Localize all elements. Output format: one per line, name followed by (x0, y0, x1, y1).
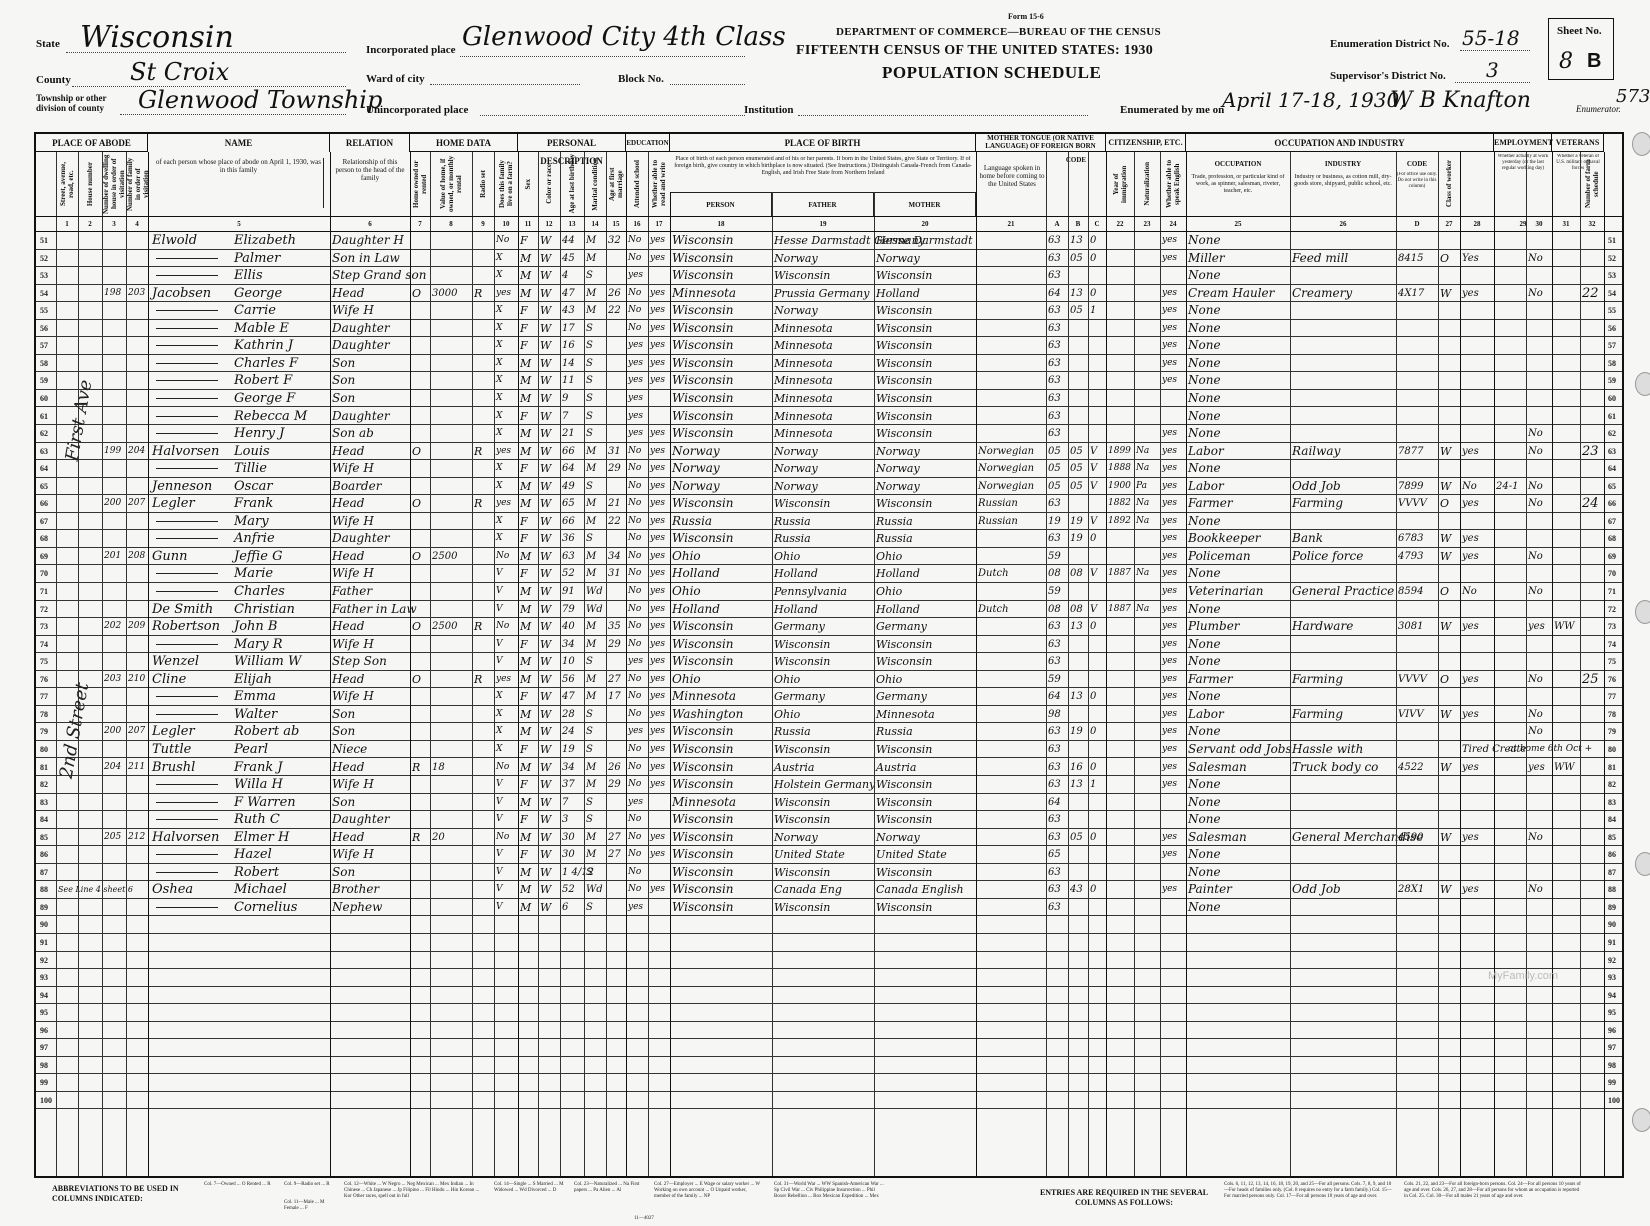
speaks-english-cell: yes (1162, 495, 1177, 512)
race-cell: W (540, 302, 551, 319)
column-divider (670, 192, 671, 1176)
column-divider (1580, 152, 1581, 1176)
table-row: 5454198203JacobsenGeorgeHeadO3000RyesMW4… (36, 285, 1622, 303)
code-b-cell: 05 (1070, 460, 1083, 477)
line-number-right: 73 (1608, 622, 1616, 631)
sex-cell: F (520, 846, 528, 863)
vertical-header-c24: Whether able to speak English (1160, 154, 1186, 214)
race-cell: W (540, 846, 551, 863)
birthplace-person-cell: Minnesota (672, 285, 736, 302)
marital-cell: M (586, 846, 596, 863)
column-number: 17 (648, 220, 670, 228)
given-name-cell: Mable E (234, 320, 289, 337)
naturalization-cell: Na (1136, 513, 1149, 530)
line-number-right: 95 (1608, 1008, 1616, 1017)
class-of-worker-cell: O (1440, 671, 1449, 688)
sheet-label: Sheet No. (1557, 25, 1602, 37)
occupation-cell: None (1188, 636, 1221, 653)
code-a-cell: 05 (1048, 478, 1061, 495)
column-divider (330, 152, 331, 1176)
code-c-cell: V (1090, 601, 1097, 618)
birthplace-person-cell: Wisconsin (672, 759, 734, 776)
sex-cell: M (520, 759, 531, 776)
incorporated-value: Glenwood City 4th Class (462, 22, 786, 52)
relation-cell: Son (332, 864, 355, 881)
column-number: 13 (560, 220, 584, 228)
age-first-marriage-cell: 17 (608, 688, 621, 705)
war-cell: WW (1554, 618, 1575, 635)
age-cell: 3 (562, 811, 568, 828)
birthplace-father-cell: Wisconsin (774, 811, 830, 828)
code-c-cell: 0 (1090, 881, 1096, 898)
enumerator-name: W B Knafton (1390, 88, 1531, 113)
dwelling-number-cell: 203 (104, 671, 121, 688)
table-row: 9696 (36, 1022, 1622, 1040)
occupation-cell: Veterinarian (1188, 583, 1264, 600)
farm-cell: V (496, 583, 503, 600)
race-cell: W (540, 548, 551, 565)
occupation-cell: None (1188, 513, 1221, 530)
marital-cell: S (586, 794, 593, 811)
age-first-marriage-cell: 34 (608, 548, 621, 565)
table-row: 8686HazelWife HVFW30M27NoyesWisconsinUni… (36, 846, 1622, 864)
punch-hole (1635, 372, 1650, 396)
group-place-of-birth: PLACE OF BIRTH (670, 134, 976, 152)
line-number: 72 (40, 605, 48, 614)
at-work-cell: No (1462, 583, 1477, 600)
home-value-cell: 20 (432, 829, 445, 846)
marital-cell: S (586, 355, 593, 372)
given-name-cell: Henry J (234, 425, 284, 442)
sex-cell: M (520, 443, 531, 460)
vertical-header-c1: Street, avenue, road, etc. (56, 154, 78, 214)
line-number: 76 (40, 675, 48, 684)
sex-cell: M (520, 618, 531, 635)
table-row: 7373202209RobertsonJohn BHeadO2500RNoMW4… (36, 618, 1622, 636)
race-cell: W (540, 372, 551, 389)
birthplace-person-cell: Ohio (672, 671, 701, 688)
birthplace-father-cell: Ohio (774, 706, 800, 723)
relation-cell: Son (332, 706, 355, 723)
punch-hole (1632, 132, 1650, 156)
birthplace-mother-cell: Holland (876, 565, 920, 582)
vertical-header-c22: Year of immigration (1106, 154, 1134, 214)
enumerated-label: Enumerated by me on (1120, 104, 1224, 116)
immigration-year-cell: 1882 (1108, 495, 1131, 512)
race-cell: W (540, 232, 551, 249)
table-row: 6161Rebecca MDaughterXFW7SyesWisconsinMi… (36, 408, 1622, 426)
birthplace-father-cell: Holland (774, 565, 818, 582)
farm-cell: X (496, 478, 502, 495)
surname-cell: Wenzel (152, 653, 199, 670)
age-first-marriage-cell: 31 (608, 565, 621, 582)
occupation-cell: Bookkeeper (1188, 530, 1261, 547)
birthplace-mother-cell: Germany (876, 688, 927, 705)
sex-cell: M (520, 653, 531, 670)
vertical-header-text: Sex (524, 179, 532, 190)
line-number-right: 64 (1608, 464, 1616, 473)
read-write-cell: yes (650, 688, 665, 705)
column-divider (1604, 152, 1605, 1176)
birthplace-person-cell: Wisconsin (672, 811, 734, 828)
line-number-right: 92 (1608, 956, 1616, 965)
given-name-cell: Hazel (234, 846, 272, 863)
surname-cell: Robertson (152, 618, 220, 635)
sex-cell: F (520, 337, 528, 354)
relation-cell: Step Grand son (332, 267, 426, 284)
line-number: 74 (40, 640, 48, 649)
veteran-cell: No (1528, 723, 1543, 740)
speaks-english-cell: yes (1162, 285, 1177, 302)
dwelling-number-cell: 201 (104, 548, 121, 565)
street-cell: See Line 4 sheet 6 (58, 881, 133, 898)
birthplace-father-cell: Norway (774, 829, 818, 846)
birthplace-mother-cell: Austria (876, 759, 916, 776)
farm-schedule-cell: 22 (1582, 285, 1599, 302)
immigration-year-cell: 1888 (1108, 460, 1131, 477)
at-work-cell: yes (1462, 671, 1479, 688)
birthplace-mother-cell: Wisconsin (876, 337, 932, 354)
code-b-cell: 19 (1070, 723, 1083, 740)
at-work-cell: yes (1462, 530, 1479, 547)
line-number-right: 85 (1608, 833, 1616, 842)
line-number: 69 (40, 552, 48, 561)
table-row: 9090 (36, 916, 1622, 934)
vertical-header-c2: House number (78, 154, 102, 214)
column-divider (494, 152, 495, 1176)
line-number-right: 78 (1608, 710, 1616, 719)
group-mother-tongue: MOTHER TONGUE (OR NATIVE LANGUAGE) OF FO… (976, 134, 1106, 152)
marital-cell: S (586, 337, 593, 354)
given-name-cell: Rebecca M (234, 408, 307, 425)
relation-cell: Head (332, 548, 364, 565)
speaks-english-cell: yes (1162, 846, 1177, 863)
read-write-cell: yes (650, 372, 665, 389)
birthplace-father-cell: Canada Eng (774, 881, 842, 898)
age-cell: 24 (562, 723, 575, 740)
birthplace-father-cell: Minnesota (774, 337, 833, 354)
class-of-worker-cell: W (1440, 478, 1451, 495)
code-a-cell: 63 (1048, 250, 1061, 267)
birthplace-person-cell: Wisconsin (672, 829, 734, 846)
age-cell: 64 (562, 460, 575, 477)
birthplace-person-cell: Wisconsin (672, 355, 734, 372)
given-name-cell: Elizabeth (234, 232, 296, 249)
abbrev-col31: Col. 31—World War ... WW Spanish-America… (774, 1182, 884, 1200)
age-cell: 14 (562, 355, 575, 372)
relation-cell: Wife H (332, 776, 374, 793)
read-write-cell: yes (650, 460, 665, 477)
marital-cell: M (586, 302, 596, 319)
vertical-header-c15: Age at first marriage (606, 154, 626, 214)
line-number: 59 (40, 376, 48, 385)
speaks-english-cell: yes (1162, 881, 1177, 898)
line-number: 56 (40, 324, 48, 333)
birthplace-mother-cell: Wisconsin (876, 864, 932, 881)
given-name-cell: Ellis (234, 267, 263, 284)
line-number-right: 91 (1608, 938, 1616, 947)
speaks-english-cell: yes (1162, 636, 1177, 653)
occupation-code-cell: VVVV (1398, 495, 1427, 512)
radio-cell: R (474, 495, 482, 512)
column-divider (1088, 152, 1089, 1176)
speaks-english-cell: yes (1162, 583, 1177, 600)
table-row: 6060George FSonXMW9SyesWisconsinMinnesot… (36, 390, 1622, 408)
line-number-right: 89 (1608, 903, 1616, 912)
farm-cell: X (496, 355, 502, 372)
given-name-cell: Ruth C (234, 811, 280, 828)
code-c-cell: 0 (1090, 285, 1096, 302)
marital-cell: S (586, 653, 593, 670)
column-number: 24 (1160, 220, 1186, 228)
farm-cell: X (496, 723, 502, 740)
birthplace-father-cell: Norway (774, 460, 818, 477)
occupation-cell: None (1188, 846, 1221, 863)
naturalization-cell: Na (1136, 460, 1149, 477)
birthplace-father-cell: Minnesota (774, 390, 833, 407)
sex-cell: M (520, 425, 531, 442)
age-cell: 37 (562, 776, 575, 793)
birthplace-mother-cell: Wisconsin (876, 372, 932, 389)
read-write-cell: yes (650, 881, 665, 898)
industry-cell: Farming (1292, 495, 1343, 512)
table-row: 6969201208GunnJeffie GHeadO2500NoMW63M34… (36, 548, 1622, 566)
birthplace-father-cell: Russia (774, 530, 811, 547)
industry-cell: Odd Job (1292, 478, 1341, 495)
owned-rented-cell: R (412, 829, 420, 846)
race-cell: W (540, 337, 551, 354)
relation-cell: Wife H (332, 636, 374, 653)
ditto-dash (156, 802, 218, 803)
age-cell: 66 (562, 443, 575, 460)
vertical-header-c14: Marital condition (584, 154, 606, 214)
code-a-cell: 63 (1048, 864, 1061, 881)
line-number: 99 (40, 1078, 48, 1087)
dwelling-number-cell: 198 (104, 285, 121, 302)
veteran-cell: yes (1528, 759, 1545, 776)
line-number: 92 (40, 956, 48, 965)
race-cell: W (540, 530, 551, 547)
table-row: 8282Willa HWife HVFW37M29NoyesWisconsinH… (36, 776, 1622, 794)
column-divider (518, 152, 519, 1176)
code-c-cell: 1 (1090, 776, 1096, 793)
birthplace-person-cell: Holland (672, 565, 720, 582)
surname-cell: Cline (152, 671, 186, 688)
line-number: 75 (40, 657, 48, 666)
school-cell: No (628, 601, 641, 618)
marital-cell: S (586, 723, 593, 740)
table-row: 5555CarrieWife HXFW43M22NoyesWisconsinNo… (36, 302, 1622, 320)
marital-cell: S (586, 425, 593, 442)
vertical-header-text: Color or race (545, 164, 553, 204)
age-cell: 52 (562, 881, 575, 898)
birthplace-person-cell: Wisconsin (672, 372, 734, 389)
line-number-right: 93 (1608, 973, 1616, 982)
relation-cell: Father in Law (332, 601, 417, 618)
given-name-cell: Emma (234, 688, 276, 705)
birthplace-person-cell: Wisconsin (672, 267, 734, 284)
birthplace-father-cell: Prussia Germany (774, 285, 869, 302)
birthplace-person-cell: Wisconsin (672, 741, 734, 758)
relation-cell: Son (332, 794, 355, 811)
occupation-cell: Labor (1188, 443, 1224, 460)
marital-cell: M (586, 688, 596, 705)
home-value-cell: 3000 (432, 285, 457, 302)
relation-cell: Son ab (332, 425, 374, 442)
marital-cell: S (586, 811, 593, 828)
school-cell: No (628, 846, 641, 863)
relation-cell: Head (332, 443, 364, 460)
read-write-cell: yes (650, 250, 665, 267)
birthplace-father-cell: Russia (774, 723, 811, 740)
school-cell: No (628, 741, 641, 758)
occupation-cell: None (1188, 267, 1221, 284)
column-divider (1186, 152, 1187, 1176)
marital-cell: S (586, 408, 593, 425)
relation-cell: Nephew (332, 899, 382, 916)
code-b-cell: 05 (1070, 250, 1083, 267)
header-rule (36, 231, 1622, 232)
relation-cell: Head (332, 671, 364, 688)
given-name-cell: Oscar (234, 478, 273, 495)
age-cell: 4 (562, 267, 568, 284)
table-row: 6666200207LeglerFrankHeadORyesMW65M21Noy… (36, 495, 1622, 513)
relation-cell: Daughter (332, 337, 390, 354)
race-cell: W (540, 776, 551, 793)
birthplace-mother-cell: Wisconsin (876, 267, 932, 284)
column-number: 5 (148, 220, 330, 228)
sex-cell: F (520, 636, 528, 653)
birthplace-person-cell: Washington (672, 706, 743, 723)
code-a-cell: 64 (1048, 285, 1061, 302)
sex-cell: M (520, 372, 531, 389)
vertical-header-c23: Naturalization (1134, 154, 1160, 214)
relation-cell: Wife H (332, 302, 374, 319)
column-divider (430, 152, 431, 1176)
farm-cell: X (496, 390, 502, 407)
marital-cell: M (586, 776, 596, 793)
table-row: 8080TuttlePearlNieceXFW19SNoyesWisconsin… (36, 741, 1622, 759)
speaks-english-cell: yes (1162, 232, 1177, 249)
birthplace-mother-cell: Ohio (876, 671, 902, 688)
mother-tongue-cell: Norwegian (978, 443, 1034, 460)
age-cell: 9 (562, 390, 568, 407)
occupation-cell: None (1188, 460, 1221, 477)
code-a-cell: 63 (1048, 390, 1061, 407)
age-first-marriage-cell: 22 (608, 302, 621, 319)
marital-cell: M (586, 460, 596, 477)
column-number: 3 (102, 220, 126, 228)
column-number: D (1396, 220, 1438, 228)
occupation-code-cell: 6783 (1398, 530, 1423, 547)
birthplace-person-cell: Norway (672, 460, 720, 477)
birthplace-mother-cell: Wisconsin (876, 636, 932, 653)
farm-cell: yes (496, 285, 511, 302)
given-name-cell: George (234, 285, 282, 302)
sex-cell: F (520, 320, 528, 337)
code-a-cell: 63 (1048, 881, 1061, 898)
sex-cell: M (520, 794, 531, 811)
table-row: 5353EllisStep Grand sonXMW4SyesWisconsin… (36, 267, 1622, 285)
code-a-cell: 63 (1048, 408, 1061, 425)
column-divider (1438, 152, 1439, 1176)
vertical-header-text: Marital condition (591, 158, 599, 211)
birthplace-mother-cell: Minnesota (876, 706, 935, 723)
ditto-dash (156, 416, 218, 417)
column-divider (126, 152, 127, 1176)
code-d-description: (For office use only. Do not write in th… (1396, 172, 1438, 212)
industry-cell: Feed mill (1292, 250, 1348, 267)
age-first-marriage-cell: 29 (608, 460, 621, 477)
sex-cell: F (520, 232, 528, 249)
birthplace-mother-cell: Holland (876, 285, 920, 302)
column-divider (648, 152, 649, 1176)
ed-label: Enumeration District No. (1330, 38, 1449, 50)
family-number-cell: 207 (128, 495, 145, 512)
naturalization-cell: Na (1136, 601, 1149, 618)
line-number-right: 69 (1608, 552, 1616, 561)
birthplace-mother-cell: Hesse Darmstadt (876, 232, 973, 249)
given-name-cell: Kathrin J (234, 337, 293, 354)
table-row: 8383F WarrenSonVMW7SyesMinnesotaWisconsi… (36, 794, 1622, 812)
line-number: 91 (40, 938, 48, 947)
line-number-right: 84 (1608, 815, 1616, 824)
age-cell: 36 (562, 530, 575, 547)
birthplace-father-cell: Wisconsin (774, 794, 830, 811)
column-number: 26 (1290, 220, 1396, 228)
speaks-english-cell: yes (1162, 829, 1177, 846)
read-write-cell: yes (650, 618, 665, 635)
speaks-english-cell: yes (1162, 302, 1177, 319)
line-number: 55 (40, 306, 48, 315)
line-number-right: 54 (1608, 289, 1616, 298)
column-divider (538, 152, 539, 1176)
class-of-worker-cell: W (1440, 706, 1451, 723)
relation-cell: Son (332, 390, 355, 407)
line-number-right: 51 (1608, 236, 1616, 245)
group-employment: EMPLOYMENT (1494, 134, 1552, 152)
occupation-cell: None (1188, 355, 1221, 372)
farm-cell: X (496, 337, 502, 354)
code-b-cell: 08 (1070, 601, 1083, 618)
age-cell: 7 (562, 794, 568, 811)
code-d-head: CODE (1396, 160, 1438, 170)
code-a-cell: 63 (1048, 741, 1061, 758)
surname-cell: Legler (152, 723, 195, 740)
table-row: 8585205212HalvorsenElmer HHeadR20NoMW30M… (36, 829, 1622, 847)
industry-cell: Farming (1292, 706, 1343, 723)
occupation-cell: None (1188, 232, 1221, 249)
code-c-cell: 0 (1090, 829, 1096, 846)
at-work-cell: yes (1462, 618, 1479, 635)
sex-cell: M (520, 267, 531, 284)
owned-rented-cell: R (412, 759, 420, 776)
line-number-right: 67 (1608, 517, 1616, 526)
age-cell: 43 (562, 302, 575, 319)
dwelling-number-cell: 205 (104, 829, 121, 846)
veteran-cell: yes (1528, 618, 1545, 635)
race-cell: W (540, 495, 551, 512)
mother-tongue-cell: Norwegian (978, 460, 1034, 477)
line-number: 62 (40, 429, 48, 438)
sex-cell: M (520, 390, 531, 407)
relation-cell: Daughter H (332, 232, 404, 249)
birthplace-person-cell: Wisconsin (672, 653, 734, 670)
speaks-english-cell: yes (1162, 618, 1177, 635)
line-number: 83 (40, 798, 48, 807)
owned-rented-cell: O (412, 548, 421, 565)
race-cell: W (540, 425, 551, 442)
